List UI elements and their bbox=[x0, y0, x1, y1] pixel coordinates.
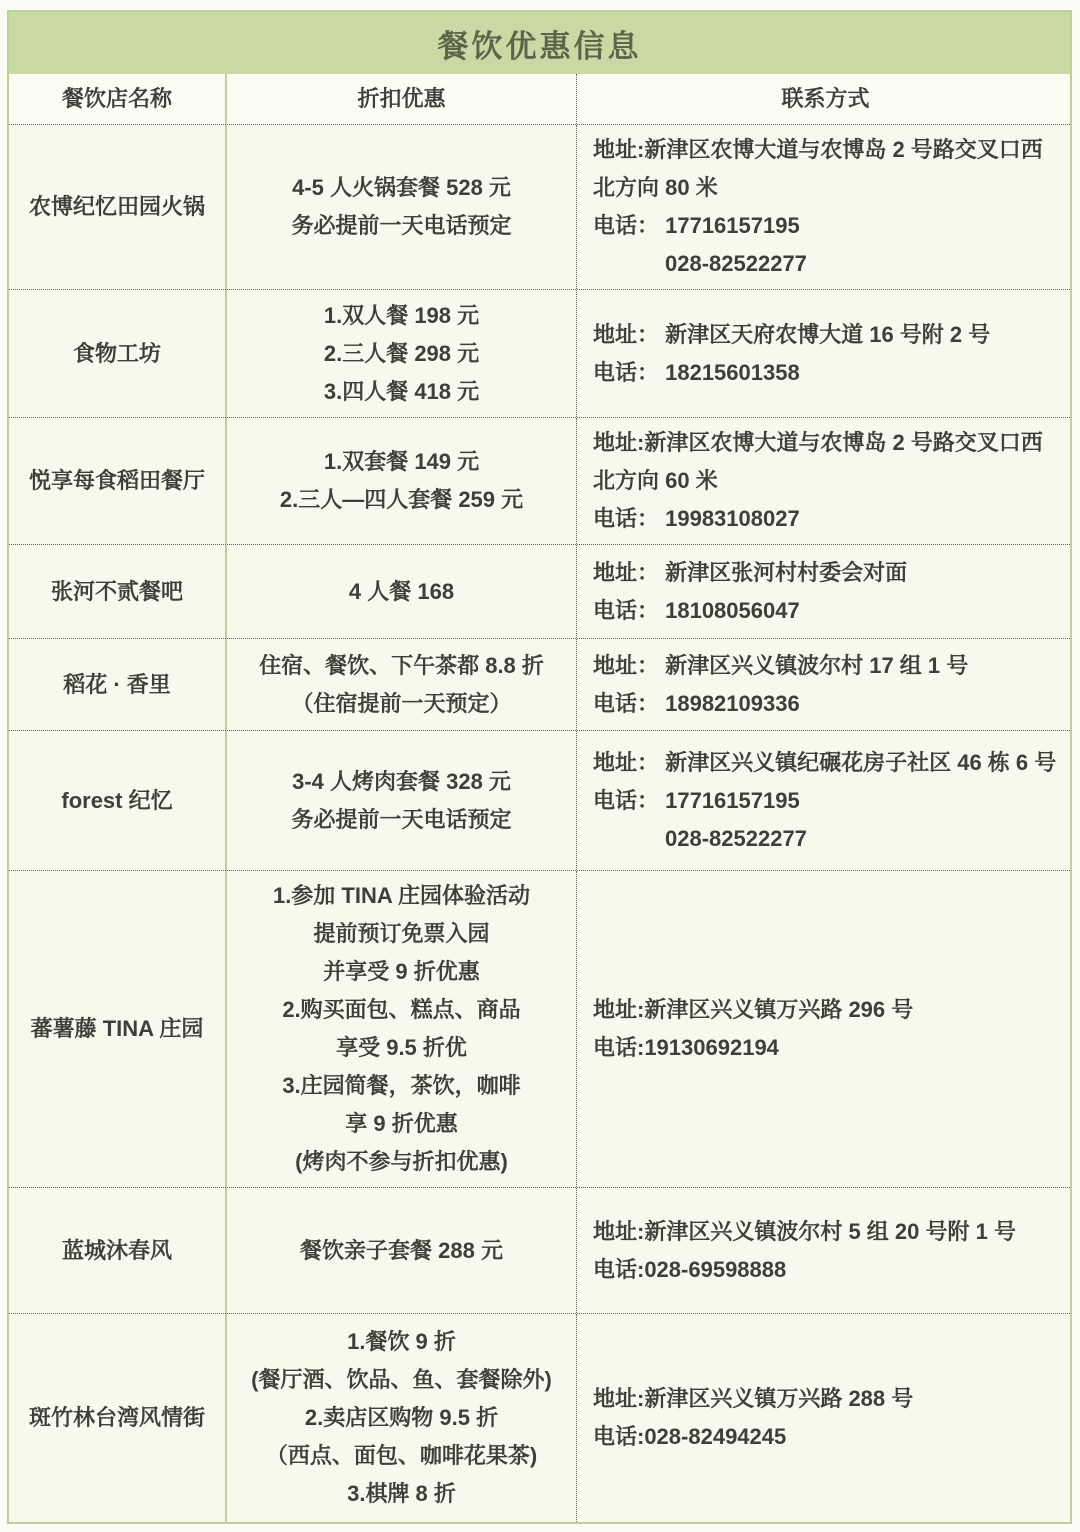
column-header-restaurant-name: 餐饮店名称 bbox=[9, 74, 227, 124]
contact-cell: 地址： 新津区天府农博大道 16 号附 2 号电话： 18215601358 bbox=[577, 290, 1070, 417]
discount-cell: 4 人餐 168 bbox=[227, 545, 577, 638]
store-name: 斑竹林台湾风情街 bbox=[17, 1399, 217, 1437]
column-header-row: 餐饮店名称 折扣优惠 联系方式 bbox=[9, 74, 1070, 125]
cell-line: 享 9 折优惠 bbox=[235, 1105, 568, 1143]
cell-line: 地址： 新津区张河村村委会对面 bbox=[593, 554, 1058, 592]
cell-line: (餐厅酒、饮品、鱼、套餐除外) bbox=[235, 1361, 568, 1399]
store-name-cell: forest 纪忆 bbox=[9, 731, 227, 870]
contact-cell: 地址： 新津区兴义镇纪碾花房子社区 46 栋 6 号电话： 1771615719… bbox=[577, 731, 1070, 870]
cell-line: 务必提前一天电话预定 bbox=[235, 801, 568, 839]
cell-line: 4 人餐 168 bbox=[235, 573, 568, 611]
contact-cell: 地址:新津区农博大道与农博岛 2 号路交叉口西北方向 60 米电话： 19983… bbox=[577, 418, 1070, 544]
cell-line: 地址： 新津区天府农博大道 16 号附 2 号 bbox=[593, 316, 1058, 354]
contact-cell: 地址:新津区农博大道与农博岛 2 号路交叉口西北方向 80 米电话： 17716… bbox=[577, 125, 1070, 289]
store-name: 农博纪忆田园火锅 bbox=[17, 188, 217, 226]
cell-line: （西点、面包、咖啡花果茶) bbox=[235, 1437, 568, 1475]
cell-line: 2.三人—四人套餐 259 元 bbox=[235, 481, 568, 519]
cell-line: 3.棋牌 8 折 bbox=[235, 1475, 568, 1513]
contact-cell: 地址： 新津区张河村村委会对面电话： 18108056047 bbox=[577, 545, 1070, 638]
store-name: 食物工坊 bbox=[17, 335, 217, 373]
column-header-contact: 联系方式 bbox=[577, 74, 1070, 124]
cell-line: 地址： 新津区兴义镇纪碾花房子社区 46 栋 6 号 bbox=[593, 744, 1058, 782]
cell-line: 电话： 19983108027 bbox=[593, 500, 1058, 538]
discount-cell: 3-4 人烤肉套餐 328 元务必提前一天电话预定 bbox=[227, 731, 577, 870]
discount-cell: 餐饮亲子套餐 288 元 bbox=[227, 1188, 577, 1313]
cell-line: 1.双人餐 198 元 bbox=[235, 297, 568, 335]
cell-line: 提前预订免票入园 bbox=[235, 915, 568, 953]
cell-line: 1.双套餐 149 元 bbox=[235, 443, 568, 481]
discount-cell: 1.参加 TINA 庄园体验活动提前预订免票入园并享受 9 折优惠2.购买面包、… bbox=[227, 871, 577, 1187]
cell-line: 电话:028-82494245 bbox=[593, 1418, 1058, 1456]
page: 餐饮优惠信息 餐饮店名称 折扣优惠 联系方式 农博纪忆田园火锅 4-5 人火锅套… bbox=[0, 0, 1080, 1532]
cell-line: 地址:新津区农博大道与农博岛 2 号路交叉口西北方向 60 米 bbox=[593, 424, 1058, 500]
cell-line: 028-82522277 bbox=[593, 820, 1058, 858]
store-name-cell: 蕃薯藤 TINA 庄园 bbox=[9, 871, 227, 1187]
discount-cell: 1.餐饮 9 折(餐厅酒、饮品、鱼、套餐除外)2.卖店区购物 9.5 折（西点、… bbox=[227, 1314, 577, 1522]
store-name: 稻花 · 香里 bbox=[17, 666, 217, 704]
store-name: 蓝城沐春风 bbox=[17, 1232, 217, 1270]
store-name: 蕃薯藤 TINA 庄园 bbox=[17, 1010, 217, 1048]
table-row: forest 纪忆 3-4 人烤肉套餐 328 元务必提前一天电话预定 地址： … bbox=[9, 731, 1070, 871]
store-name-cell: 悦享每食稻田餐厅 bbox=[9, 418, 227, 544]
cell-line: 1.参加 TINA 庄园体验活动 bbox=[235, 877, 568, 915]
cell-line: 电话:19130692194 bbox=[593, 1029, 1058, 1067]
discount-cell: 1.双套餐 149 元2.三人—四人套餐 259 元 bbox=[227, 418, 577, 544]
cell-line: 3.庄园简餐，茶饮，咖啡 bbox=[235, 1067, 568, 1105]
cell-line: 2.购买面包、糕点、商品 bbox=[235, 991, 568, 1029]
store-name: 悦享每食稻田餐厅 bbox=[17, 462, 217, 500]
cell-line: 地址： 新津区兴义镇波尔村 17 组 1 号 bbox=[593, 647, 1058, 685]
table-row: 张河不贰餐吧 4 人餐 168 地址： 新津区张河村村委会对面电话： 18108… bbox=[9, 545, 1070, 639]
cell-line: 电话： 17716157195 bbox=[593, 207, 1058, 245]
cell-line: 餐饮亲子套餐 288 元 bbox=[235, 1232, 568, 1270]
cell-line: 1.餐饮 9 折 bbox=[235, 1323, 568, 1361]
cell-line: 3.四人餐 418 元 bbox=[235, 373, 568, 411]
table-title-band: 餐饮优惠信息 bbox=[9, 12, 1070, 74]
cell-line: 电话： 17716157195 bbox=[593, 782, 1058, 820]
table-row: 斑竹林台湾风情街 1.餐饮 9 折(餐厅酒、饮品、鱼、套餐除外)2.卖店区购物 … bbox=[9, 1314, 1070, 1522]
table-row: 农博纪忆田园火锅 4-5 人火锅套餐 528 元务必提前一天电话预定 地址:新津… bbox=[9, 125, 1070, 290]
store-name-cell: 斑竹林台湾风情街 bbox=[9, 1314, 227, 1522]
table-row: 食物工坊 1.双人餐 198 元2.三人餐 298 元3.四人餐 418 元 地… bbox=[9, 290, 1070, 418]
table-body: 农博纪忆田园火锅 4-5 人火锅套餐 528 元务必提前一天电话预定 地址:新津… bbox=[9, 125, 1070, 1522]
contact-cell: 地址:新津区兴义镇波尔村 5 组 20 号附 1 号电话:028-6959888… bbox=[577, 1188, 1070, 1313]
cell-line: 4-5 人火锅套餐 528 元 bbox=[235, 169, 568, 207]
cell-line: （住宿提前一天预定） bbox=[235, 685, 568, 723]
restaurant-offer-table: 餐饮优惠信息 餐饮店名称 折扣优惠 联系方式 农博纪忆田园火锅 4-5 人火锅套… bbox=[7, 10, 1072, 1524]
cell-line: 028-82522277 bbox=[593, 245, 1058, 283]
cell-line: 电话： 18108056047 bbox=[593, 592, 1058, 630]
cell-line: 电话:028-69598888 bbox=[593, 1251, 1058, 1289]
discount-cell: 4-5 人火锅套餐 528 元务必提前一天电话预定 bbox=[227, 125, 577, 289]
cell-line: 电话： 18215601358 bbox=[593, 354, 1058, 392]
store-name-cell: 稻花 · 香里 bbox=[9, 639, 227, 730]
discount-cell: 1.双人餐 198 元2.三人餐 298 元3.四人餐 418 元 bbox=[227, 290, 577, 417]
table-row: 悦享每食稻田餐厅 1.双套餐 149 元2.三人—四人套餐 259 元 地址:新… bbox=[9, 418, 1070, 545]
cell-line: 务必提前一天电话预定 bbox=[235, 207, 568, 245]
table-row: 蓝城沐春风 餐饮亲子套餐 288 元 地址:新津区兴义镇波尔村 5 组 20 号… bbox=[9, 1188, 1070, 1314]
store-name-cell: 农博纪忆田园火锅 bbox=[9, 125, 227, 289]
store-name-cell: 食物工坊 bbox=[9, 290, 227, 417]
cell-line: (烤肉不参与折扣优惠) bbox=[235, 1143, 568, 1181]
cell-line: 享受 9.5 折优 bbox=[235, 1029, 568, 1067]
cell-line: 住宿、餐饮、下午茶都 8.8 折 bbox=[235, 647, 568, 685]
contact-cell: 地址:新津区兴义镇万兴路 296 号电话:19130692194 bbox=[577, 871, 1070, 1187]
table-row: 蕃薯藤 TINA 庄园 1.参加 TINA 庄园体验活动提前预订免票入园并享受 … bbox=[9, 871, 1070, 1188]
cell-line: 3-4 人烤肉套餐 328 元 bbox=[235, 763, 568, 801]
cell-line: 电话： 18982109336 bbox=[593, 685, 1058, 723]
column-header-discount: 折扣优惠 bbox=[227, 74, 577, 124]
cell-line: 并享受 9 折优惠 bbox=[235, 953, 568, 991]
table-title: 餐饮优惠信息 bbox=[438, 21, 642, 66]
store-name: forest 纪忆 bbox=[17, 782, 217, 820]
contact-cell: 地址:新津区兴义镇万兴路 288 号电话:028-82494245 bbox=[577, 1314, 1070, 1522]
discount-cell: 住宿、餐饮、下午茶都 8.8 折（住宿提前一天预定） bbox=[227, 639, 577, 730]
store-name: 张河不贰餐吧 bbox=[17, 573, 217, 611]
cell-line: 2.卖店区购物 9.5 折 bbox=[235, 1399, 568, 1437]
cell-line: 2.三人餐 298 元 bbox=[235, 335, 568, 373]
store-name-cell: 张河不贰餐吧 bbox=[9, 545, 227, 638]
contact-cell: 地址： 新津区兴义镇波尔村 17 组 1 号电话： 18982109336 bbox=[577, 639, 1070, 730]
cell-line: 地址:新津区兴义镇波尔村 5 组 20 号附 1 号 bbox=[593, 1213, 1058, 1251]
store-name-cell: 蓝城沐春风 bbox=[9, 1188, 227, 1313]
table-row: 稻花 · 香里 住宿、餐饮、下午茶都 8.8 折（住宿提前一天预定） 地址： 新… bbox=[9, 639, 1070, 731]
cell-line: 地址:新津区兴义镇万兴路 288 号 bbox=[593, 1380, 1058, 1418]
cell-line: 地址:新津区农博大道与农博岛 2 号路交叉口西北方向 80 米 bbox=[593, 131, 1058, 207]
cell-line: 地址:新津区兴义镇万兴路 296 号 bbox=[593, 991, 1058, 1029]
